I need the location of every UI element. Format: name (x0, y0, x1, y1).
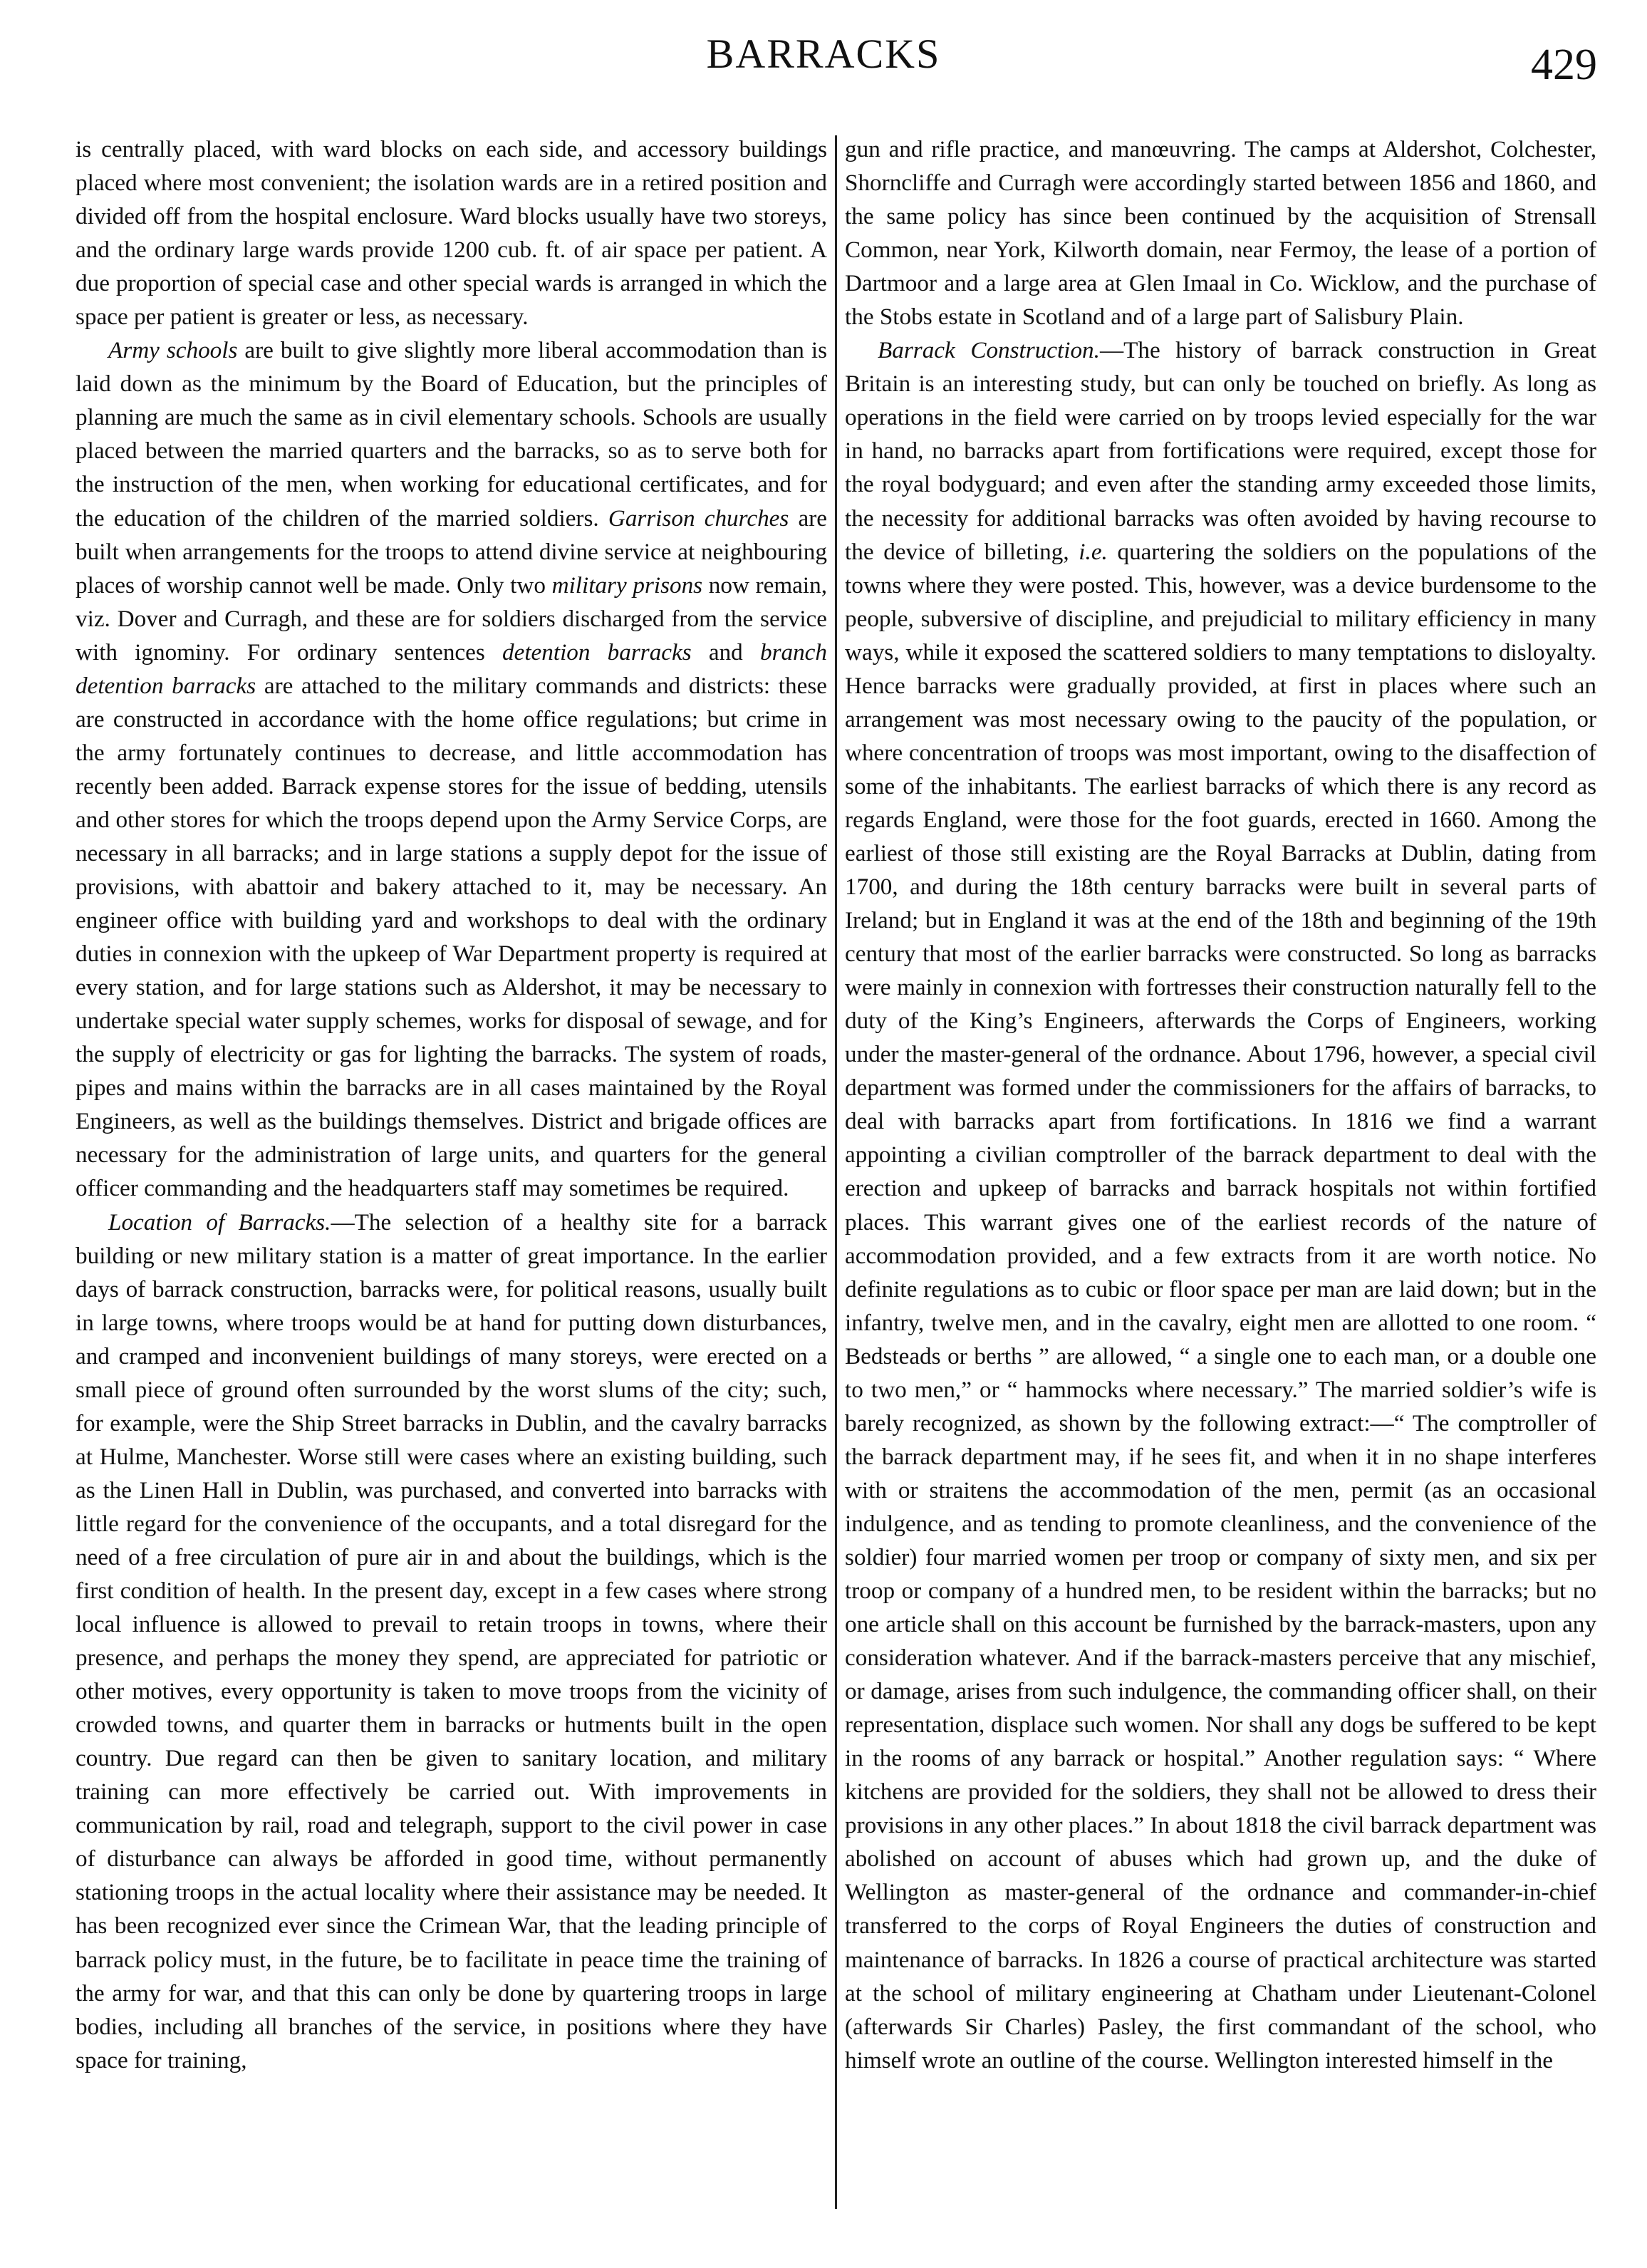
italic-term: i.e. (1079, 539, 1108, 565)
text-run: are built to give slightly more liberal … (76, 337, 827, 531)
text-run: quartering the soldiers on the populatio… (845, 539, 1596, 2073)
paragraph: Location of Barracks.—The selection of a… (76, 1206, 827, 2077)
paragraph: Barrack Construction.—The history of bar… (845, 333, 1596, 2076)
italic-term: detention barracks (502, 639, 692, 666)
left-column: is centrally placed, with ward blocks on… (76, 133, 827, 2077)
right-column: gun and rifle practice, and manœuvring. … (845, 133, 1596, 2077)
text-run: and (692, 639, 760, 666)
paragraph: Army schools are built to give slightly … (76, 333, 827, 1205)
italic-term: Garrison churches (608, 505, 789, 532)
paragraph: gun and rifle practice, and manœuvring. … (845, 133, 1596, 333)
text-run: gun and rifle practice, and manœuvring. … (845, 136, 1596, 330)
italic-term: military prisons (552, 572, 703, 599)
text-run: is centrally placed, with ward blocks on… (76, 136, 827, 330)
text-run: are attached to the military commands an… (76, 673, 827, 1202)
column-divider (835, 135, 837, 2209)
text-run: —The selection of a healthy site for a b… (76, 1209, 827, 2073)
paragraph: is centrally placed, with ward blocks on… (76, 133, 827, 333)
page-title: BARRACKS (0, 30, 1647, 78)
italic-term: Army schools (108, 337, 237, 363)
running-head: BARRACKS 429 (0, 20, 1647, 84)
text-run: —The history of barrack construction in … (845, 337, 1596, 564)
italic-term: Location of Barracks. (108, 1209, 331, 1236)
italic-term: Barrack Construction. (878, 337, 1100, 363)
page-number: 429 (1531, 40, 1597, 90)
